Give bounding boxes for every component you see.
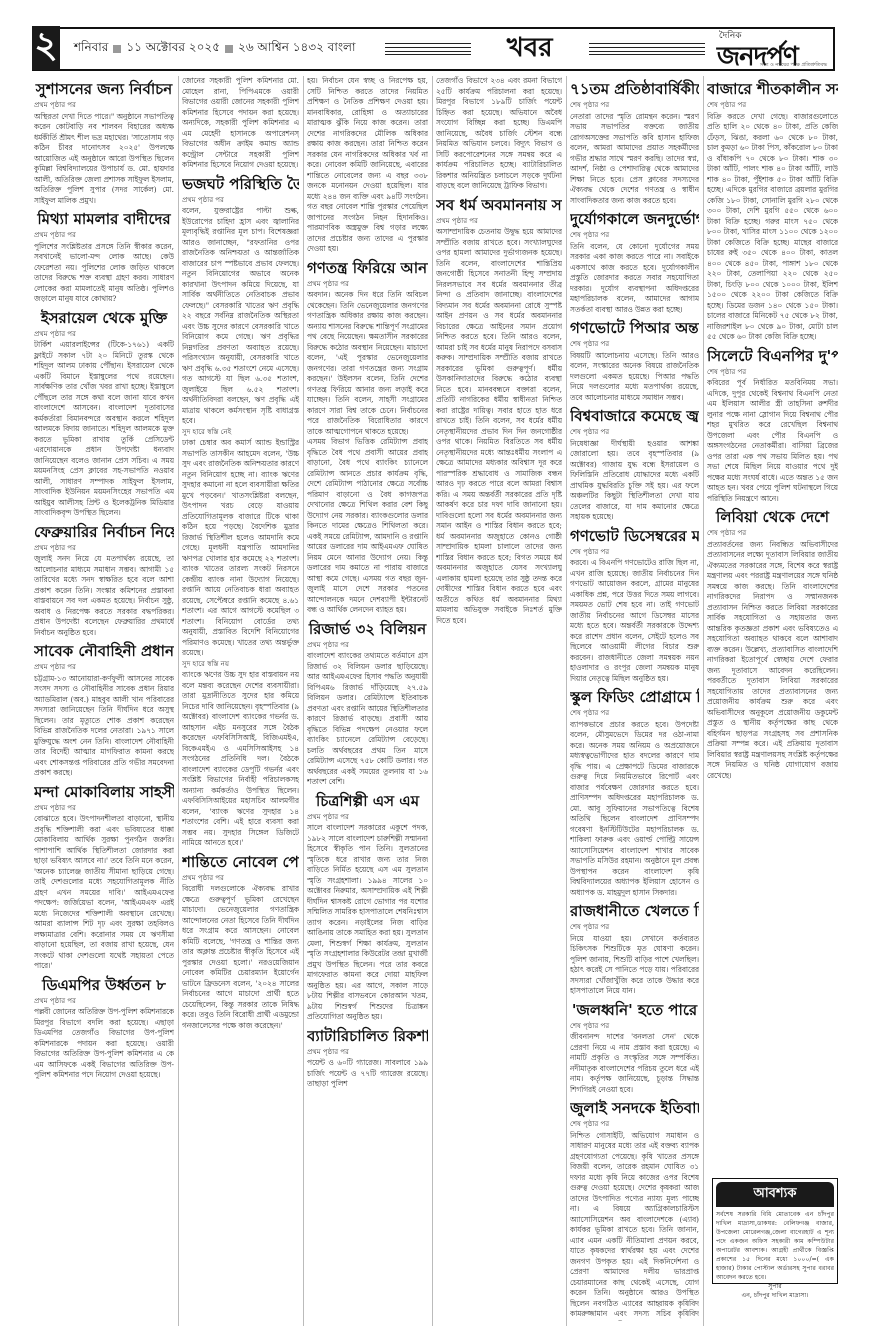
- article-mithya-mamla: মিথ্যা মামলার বাদীদের প্রথম পৃষ্ঠার পর প…: [34, 210, 174, 305]
- headline: ব্যাটারিচালিত রিকশা চার্জে: [307, 1027, 428, 1046]
- classified-heading: আবশ্যক: [716, 1182, 834, 1207]
- headline: 'জলধ্বনি' হতে পারে: [570, 1001, 699, 1020]
- bangla-date: ২৬ আশ্বিন ১৪৩২ বাংলা: [238, 39, 355, 59]
- continuation-label: শেষ পৃষ্ঠার পর: [707, 528, 838, 539]
- headline: সব ধর্ম অবমাননায় সমান: [436, 196, 562, 215]
- column-divider: [432, 76, 433, 1326]
- article-body: বাংলাদেশ ব্যাংকের তথ্যমতে বর্তমানে গ্রস …: [307, 651, 428, 788]
- article-sm-sultan: চিত্রশিল্পী এস এম প্রথম পৃষ্ঠার পর সালে …: [307, 792, 428, 1023]
- article-body: ব্যাংকে ঋণের উচ্চ সুদ হার বাস্তবায়ন নয়…: [182, 670, 299, 849]
- article-anniversary: ৭১তম প্রতিষ্ঠাবার্ষিকীতে জাতীয় শেষ পৃষ্…: [570, 80, 699, 206]
- continuation-label: প্রথম পৃষ্ঠার পর: [34, 230, 174, 241]
- column-6: বাজারে শীতকালীন সবজি শেষ পৃষ্ঠার পর বিক্…: [707, 76, 838, 1174]
- article-body: পয়েন্ট ও ৬০টি গ্যারেজ। সাবলাবে ১৯৯ চার্…: [307, 1058, 428, 1090]
- article-winter-vegetables: বাজারে শীতকালীন সবজি শেষ পৃষ্ঠার পর বিক্…: [707, 80, 838, 343]
- decorative-rule: [385, 43, 470, 55]
- column-divider: [303, 76, 304, 1326]
- headline: গণতন্ত্র ফিরিয়ে আনার: [307, 259, 428, 278]
- continuation-label: শেষ পৃষ্ঠার পর: [570, 339, 699, 350]
- article-continued: জোনের সহকারী পুলিশ কমিশনার মো. মোহেল রান…: [182, 76, 299, 171]
- logo-wordmark: জনদর্পণ: [717, 36, 798, 80]
- article-july-charter: জুলাই সনদকে ইতিবাচকভাবে শেষ পৃষ্ঠার পর ন…: [570, 1099, 699, 1321]
- headline: সুশাসনের জন্য নির্বাচন: [34, 80, 174, 99]
- continuation-label: শেষ পৃষ্ঠার পর: [570, 708, 699, 719]
- continuation-label: প্রথম পৃষ্ঠার পর: [307, 279, 428, 290]
- column-2: জোনের সহকারী পুলিশ কমিশনার মো. মোহেল রান…: [182, 76, 299, 1321]
- article-body: বলেন, যুক্তরাষ্ট্রের পাল্টা শুল্ক, ইউরোপ…: [182, 206, 299, 427]
- continuation-label: প্রথম পৃষ্ঠার পর: [34, 662, 174, 673]
- article-fuel-price: বিশ্ববাজারে কমেছে জ্বালানি শেষ পৃষ্ঠার প…: [570, 407, 699, 523]
- continuation-label: প্রথম পৃষ্ঠার পর: [34, 543, 174, 554]
- article-body: করবে। এ বিএনপি গণভোটেও রাজি ছিল না, এখন …: [570, 558, 699, 684]
- headline: মন্দা মোকাবিলায় সাহসী: [34, 783, 174, 802]
- article-referendum-pr: গণভোটে পিআর অন্তর্ভুক্ত শেষ পৃষ্ঠার পর ব…: [570, 319, 699, 403]
- article-continued: তেজগাঁও বিভাগে ২৩৪ এবং রমনা বিভাগে ২৫টি …: [436, 76, 562, 192]
- article-body: জীবনানন্দ দাশের 'বনলতা সেন' থেকে প্রেরণা…: [570, 1032, 699, 1095]
- headline: রাজধানীতে খেলতে গিয়ে: [570, 902, 699, 921]
- separator-square-icon: [113, 45, 121, 53]
- article-joldhoni: 'জলধ্বনি' হতে পারে শেষ পৃষ্ঠার পর জীবনান…: [570, 1001, 699, 1096]
- article-body: এসময় বিভাগ ভিত্তিক রেমিট্যান্স প্রবাহ ব…: [307, 437, 428, 616]
- column-3: হয়। নির্বাচন যেন স্বচ্ছ ও নিরপেক্ষ হয়,…: [307, 76, 428, 1321]
- continuation-label: শেষ পৃষ্ঠার পর: [570, 547, 699, 558]
- headline: রিজার্ভ ৩২ বিলিয়ন: [307, 620, 428, 639]
- article-body: অস্থিরতা দেখা দিতে পারে।" অনুষ্ঠানে সভাপ…: [34, 112, 174, 207]
- article-dmp-transfer: ডিএমপির উর্ধ্বতন ৮ প্রথম পৃষ্ঠার পর পল্ল…: [34, 976, 174, 1081]
- classified-signature-org: এন, চাঁদপুর দাখিল মাদ্রাসা।: [716, 1291, 834, 1300]
- continuation-label: শেষ পৃষ্ঠার পর: [707, 100, 838, 111]
- headline: মিথ্যা মামলার বাদীদের: [34, 210, 174, 229]
- headline: দুর্যোগকালে জনদুর্ভোগ নাথবে: [570, 210, 699, 229]
- headline: গণভোট ডিসেম্বরের মধ্যে: [570, 527, 699, 546]
- headline: বিশ্ববাজারে কমেছে জ্বালানি: [570, 407, 699, 426]
- article-democracy: গণতন্ত্র ফিরিয়ে আনার প্রথম পৃষ্ঠার পর অ…: [307, 259, 428, 616]
- article-referendum-december: গণভোট ডিসেম্বরের মধ্যে শেষ পৃষ্ঠার পর কর…: [570, 527, 699, 685]
- continuation-label: শেষ পৃষ্ঠার পর: [570, 1119, 699, 1130]
- article-school-feeding: স্কুল ফিডিং প্রোগ্রামে ডিম শেষ পৃষ্ঠার প…: [570, 688, 699, 898]
- continuation-label: প্রথম পৃষ্ঠার পর: [182, 873, 299, 884]
- newspaper-logo: দৈনিক জনদর্পণ সত্য ও ন্যায়ের পক্ষে প্রত…: [717, 27, 835, 71]
- continuation-label: প্রথম পৃষ্ঠার পর: [307, 812, 428, 823]
- headline: ভজঘট পরিস্থিতি তৈরি: [182, 175, 299, 194]
- headline: জুলাই সনদকে ইতিবাচকভাবে: [570, 1099, 699, 1118]
- continuation-label: প্রথম পৃষ্ঠার পর: [436, 216, 562, 227]
- gregorian-date: ১১ অক্টোবর ২০২৫: [126, 39, 220, 59]
- continuation-label: প্রথম পৃষ্ঠার পর: [307, 640, 428, 651]
- article-religion-equal: সব ধর্ম অবমাননায় সমান প্রথম পৃষ্ঠার পর …: [436, 196, 562, 627]
- section-title: খবর: [483, 27, 577, 71]
- article-february-election: ফেব্রুয়ারির নির্বাচন নিয়ে প্রথম পৃষ্ঠা…: [34, 523, 174, 639]
- continuation-label: প্রথম পৃষ্ঠার পর: [34, 329, 174, 340]
- article-body: তিনি বলেন, যে কোনো দুর্যোগের সময় সরকার …: [570, 242, 699, 316]
- continuation-label: শেষ পৃষ্ঠার পর: [570, 427, 699, 438]
- continuation-label: শেষ পৃষ্ঠার পর: [570, 922, 699, 933]
- article-libya-return: লিবিয়া থেকে দেশে শেষ পৃষ্ঠার পর প্রত্যা…: [707, 508, 838, 781]
- article-body: বিষয়টি আলোচনায় এসেছে। তিনি আরও বলেন, স…: [570, 351, 699, 404]
- article-body: ঢাকা চেম্বার অব কমার্স অ্যান্ড ইন্ডাস্ট্…: [182, 438, 299, 659]
- article-body: নিষেধাজ্ঞা দীর্ঘস্থায়ী হওয়ার আশঙ্কা জো…: [570, 439, 699, 523]
- headline: ফেব্রুয়ারির নির্বাচন নিয়ে: [34, 523, 174, 542]
- continuation-label: শেষ পৃষ্ঠার পর: [570, 100, 699, 111]
- article-body: নেতারা তাদের স্মৃতি রোমন্থন করেন। স্মরণ …: [570, 112, 699, 207]
- classified-ad: আবশ্যক সর্বশেষ সরকারি বিধি মোতাবেক এন চা…: [712, 1178, 838, 1284]
- article-disaster: দুর্যোগকালে জনদুর্ভোগ নাথবে শেষ পৃষ্ঠার …: [570, 210, 699, 315]
- continuation-label: প্রথম পৃষ্ঠার পর: [34, 100, 174, 111]
- article-body: বোঝাতে হবে। উৎপাদনশীলতা বাড়ানো, স্থানীয…: [34, 814, 174, 972]
- headline: সিলেটে বিএনপির দু'পক্ষের: [707, 347, 838, 366]
- article-body: হয়। নির্বাচন যেন স্বচ্ছ ও নিরপেক্ষ হয়,…: [307, 76, 428, 255]
- article-sylhet-bnp: সিলেটে বিএনপির দু'পক্ষের শেষ পৃষ্ঠার পর …: [707, 347, 838, 505]
- continuation-label: শেষ পৃষ্ঠার পর: [570, 230, 699, 241]
- headline: ৭১তম প্রতিষ্ঠাবার্ষিকীতে জাতীয়: [570, 80, 699, 99]
- article-nobel-peace: শান্তিতে নোবেল পেলেন প্রথম পৃষ্ঠার পর বি…: [182, 853, 299, 1032]
- newspaper-page: ২ শনিবার ১১ অক্টোবর ২০২৫ ২৬ আশ্বিন ১৪৩২ …: [0, 0, 870, 1336]
- continuation-label: প্রথম পৃষ্ঠার পর: [182, 195, 299, 206]
- article-capital-playing: রাজধানীতে খেলতে গিয়ে শেষ পৃষ্ঠার পর নিয…: [570, 902, 699, 997]
- article-navy-chief: সাবেক নৌবাহিনী প্রধান প্রথম পৃষ্ঠার পর চ…: [34, 642, 174, 779]
- headline: স্কুল ফিডিং প্রোগ্রামে ডিম: [570, 688, 699, 707]
- article-body: চট্টগ্রাম-১৩ আনোয়ারা-কর্ণফুলী আসনের সাব…: [34, 674, 174, 779]
- headline: ইসরায়েল থেকে মুক্তি: [34, 309, 174, 328]
- column-1: সুশাসনের জন্য নির্বাচন প্রথম পৃষ্ঠার পর …: [34, 76, 174, 1321]
- column-divider: [178, 76, 179, 1326]
- article-body: প্রত্যাবর্তনের জন্য নিবন্ধিত অভিবাসীদের …: [707, 540, 838, 782]
- headline: গণভোটে পিআর অন্তর্ভুক্ত: [570, 319, 699, 338]
- article-body: জোনের সহকারী পুলিশ কমিশনার মো. মোহেল রান…: [182, 76, 299, 171]
- logo-tagline: সত্য ও ন্যায়ের পক্ষে প্রতিশ্রুতিবদ্ধ: [760, 62, 827, 70]
- column-divider: [566, 76, 567, 1326]
- article-sushasan: সুশাসনের জন্য নির্বাচন প্রথম পৃষ্ঠার পর …: [34, 80, 174, 206]
- weekday: শনিবার: [74, 39, 108, 59]
- column-5: ৭১তম প্রতিষ্ঠাবার্ষিকীতে জাতীয় শেষ পৃষ্…: [570, 76, 699, 1321]
- article-body: সালে বাংলাদেশ সরকারের একুশে পদক, ১৯৮২ সা…: [307, 823, 428, 1023]
- subhead: সুদ হারে স্বস্তি নয়: [182, 659, 299, 670]
- column-4: তেজগাঁও বিভাগে ২৩৪ এবং রমনা বিভাগে ২৫টি …: [436, 76, 562, 1321]
- headline: লিবিয়া থেকে দেশে: [707, 508, 838, 527]
- article-body: পল্লবী জোনের অতিরিক্ত উপ-পুলিশ কমিশনারকে…: [34, 1007, 174, 1081]
- article-reserve: রিজার্ভ ৩২ বিলিয়ন প্রথম পৃষ্ঠার পর বাংল…: [307, 620, 428, 788]
- article-body: অবদান। অনেক দিন ধরে তিনি অবিচল থেকেছেন। …: [307, 290, 428, 437]
- separator-square-icon: [225, 45, 233, 53]
- article-body: নিয়ে যাওয়া হয়। সেখানে কর্তব্যরত চিকিৎ…: [570, 934, 699, 997]
- article-body: নিশ্চিত গোসাইটি, অভিযোগ সমাধান ও সাধারণ …: [570, 1131, 699, 1322]
- decorative-rule: [589, 43, 705, 55]
- date-line: শনিবার ১১ অক্টোবর ২০২৫ ২৬ আশ্বিন ১৪৩২ বা…: [74, 39, 356, 59]
- column-divider: [703, 76, 704, 1326]
- article-battery-rickshaw: ব্যাটারিচালিত রিকশা চার্জে প্রথম পৃষ্ঠার…: [307, 1027, 428, 1090]
- article-body: তেজগাঁও বিভাগে ২৩৪ এবং রমনা বিভাগে ২৫টি …: [436, 76, 562, 192]
- article-body: বিরোধী দলগুলোকে ঐক্যবদ্ধ রাখার ক্ষেত্রে …: [182, 884, 299, 1031]
- article-body: কবিরের পূর্ব নির্ধারিত মতবিনিময় সভা। এদ…: [707, 378, 838, 504]
- headline: চিত্রশিল্পী এস এম: [307, 792, 428, 811]
- article-israel-mukti: ইসরায়েল থেকে মুক্তি প্রথম পৃষ্ঠার পর টা…: [34, 309, 174, 519]
- article-body: পুলিশের সংশ্লিষ্টতার প্রসঙ্গে তিনি স্বীক…: [34, 242, 174, 305]
- continuation-label: শেষ পৃষ্ঠার পর: [570, 1021, 699, 1032]
- page-number: ২: [32, 26, 60, 70]
- continuation-label: প্রথম পৃষ্ঠার পর: [34, 996, 174, 1007]
- continuation-label: প্রথম পৃষ্ঠার পর: [307, 1047, 428, 1058]
- article-body: অসাম্প্রদায়িক চেতনায় উদ্বুদ্ধ হয়ে আমা…: [436, 227, 562, 626]
- article-body: জুলাই সনদ নিয়ে যে মতপার্থক্য রয়েছে, তা…: [34, 554, 174, 638]
- headline: শান্তিতে নোবেল পেলেন: [182, 853, 299, 872]
- subhead: সুদ হারে স্বস্তি নেই: [182, 427, 299, 438]
- continuation-label: প্রথম পৃষ্ঠার পর: [34, 803, 174, 814]
- headline: ডিএমপির উর্ধ্বতন ৮: [34, 976, 174, 995]
- masthead: ২ শনিবার ১১ অক্টোবর ২০২৫ ২৬ আশ্বিন ১৪৩২ …: [32, 27, 835, 71]
- article-bhojoghot: ভজঘট পরিস্থিতি তৈরি প্রথম পৃষ্ঠার পর বলে…: [182, 175, 299, 849]
- classified-body: সর্বশেষ সরকারি বিধি মোতাবেক এন চাঁদপুর দ…: [716, 1210, 834, 1282]
- article-continued: হয়। নির্বাচন যেন স্বচ্ছ ও নিরপেক্ষ হয়,…: [307, 76, 428, 255]
- classified-signature-title: সুপার: [716, 1282, 834, 1291]
- continuation-label: শেষ পৃষ্ঠার পর: [707, 367, 838, 378]
- article-body: টার্কিশ এয়ারলাইন্সের (টিকে-১৭৬১) একটি ফ…: [34, 340, 174, 519]
- article-body: বিক্রি করতে দেখা গেছে। বাজারগুলোতে প্রতি…: [707, 112, 838, 343]
- headline: বাজারে শীতকালীন সবজি: [707, 80, 838, 99]
- headline: সাবেক নৌবাহিনী প্রধান: [34, 642, 174, 661]
- article-body: ব্যাপকভাবে প্রচার করতে হবে। উপদেষ্টা বলে…: [570, 720, 699, 899]
- article-recession: মন্দা মোকাবিলায় সাহসী প্রথম পৃষ্ঠার পর …: [34, 783, 174, 972]
